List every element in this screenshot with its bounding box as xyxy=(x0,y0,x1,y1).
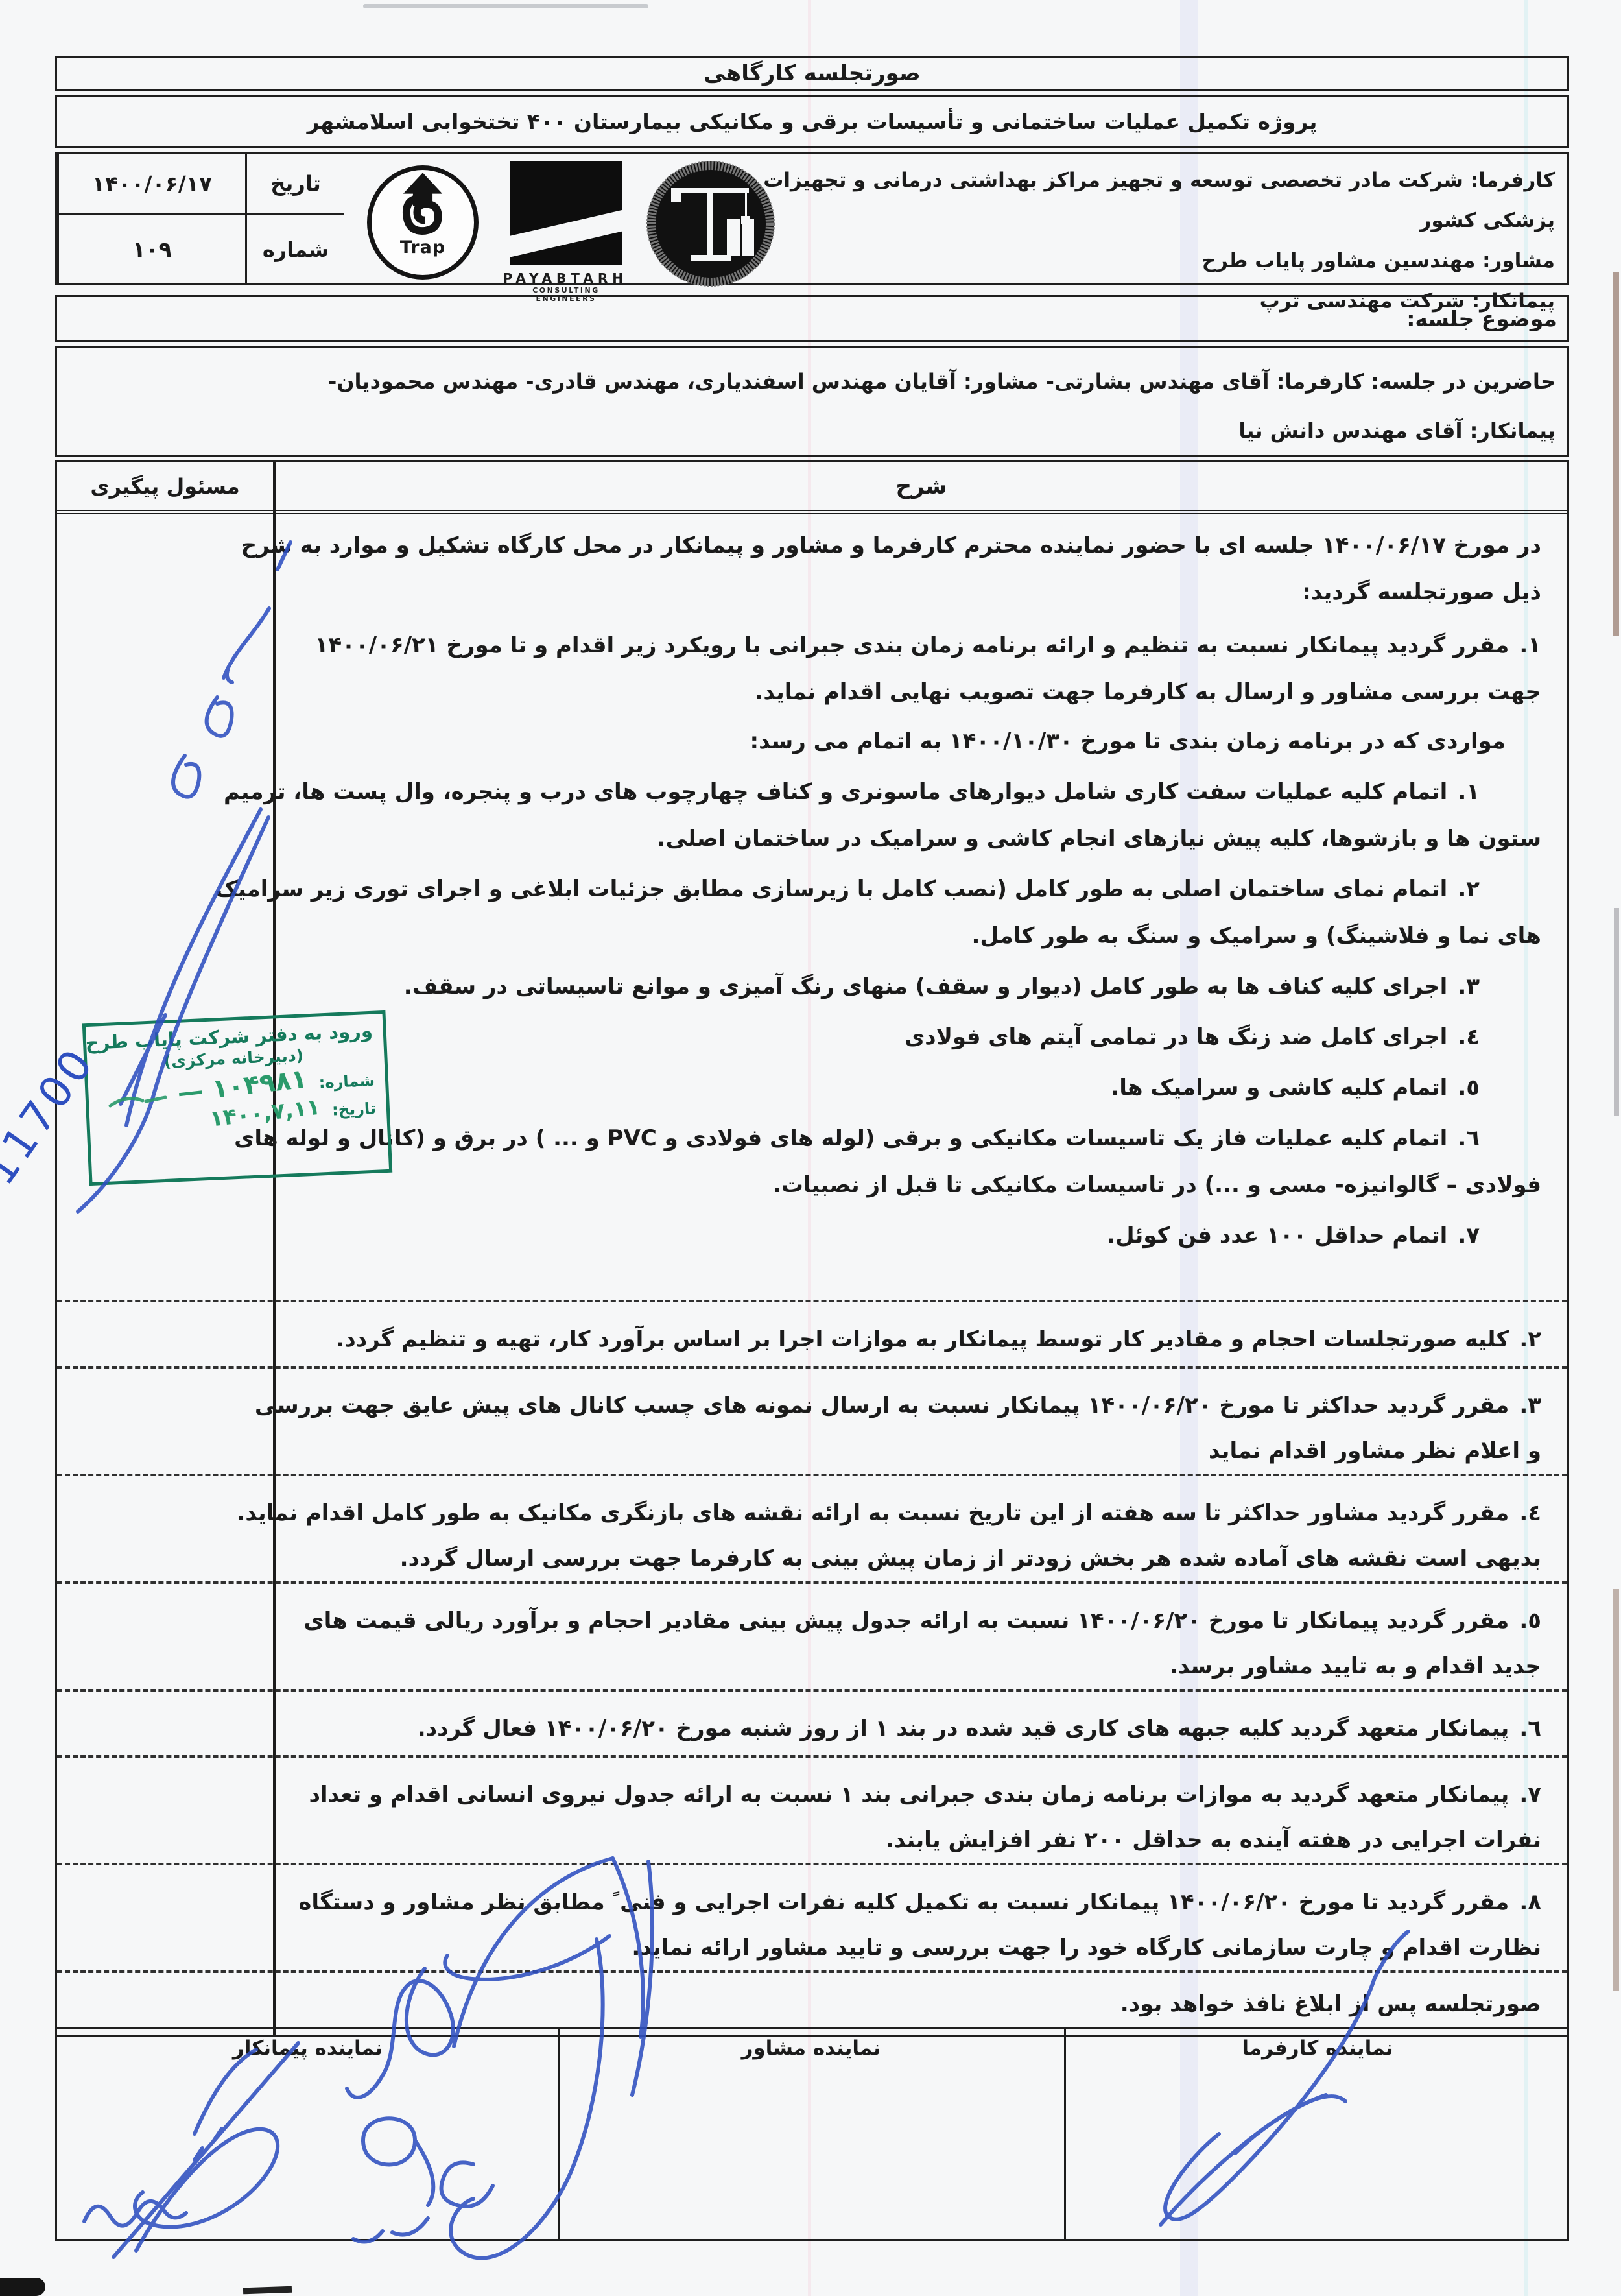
signature-divider xyxy=(1064,2029,1066,2239)
stamp-number-label: شماره: xyxy=(318,1071,375,1092)
item-number: ٤. xyxy=(1519,1500,1541,1526)
scan-artifact-dash xyxy=(243,2286,292,2295)
minutes-sub-item: ۳.اجرای کلیه کناف ها به طور کامل (دیوار … xyxy=(305,963,1541,1010)
minutes-items-container: در مورخ ۱۴۰۰/۰۶/۱۷ جلسه ای با حضور نماین… xyxy=(57,514,1567,1973)
date-label: تاریخ xyxy=(245,154,344,215)
minutes-item-row: ۸.مقرر گردید تا مورخ ۱۴۰۰/۰۶/۲۰ پیمانکار… xyxy=(57,1865,1567,1973)
item-number: ۱. xyxy=(1519,632,1541,658)
contractor-representative-label: نماینده پیمانکار xyxy=(57,2037,558,2060)
office-entry-stamp: ورود به دفتر شرکت پایاب طرح (دبیرخانه مر… xyxy=(82,1010,392,1186)
attendees-box: حاضرین در جلسه: کارفرما: آقای مهندس بشار… xyxy=(55,346,1569,457)
form-title: صورتجلسه کارگاهی xyxy=(704,60,921,86)
item-number: ۳. xyxy=(1458,974,1480,999)
minutes-item-note: مواردی که در برنامه زمان بندی تا مورخ ۱۴… xyxy=(305,718,1541,765)
item-number: ۸. xyxy=(1519,1889,1541,1915)
minutes-sub-item: ۲.اتمام نمای ساختمان اصلی به طور کامل (ن… xyxy=(305,866,1541,959)
number-value: ۱۰۹ xyxy=(57,215,245,283)
employer-representative-label: نماینده کارفرما xyxy=(1064,2037,1571,2060)
minutes-item-row: ٦.پیمانکار متعهد گردید کلیه جبهه های کار… xyxy=(57,1692,1567,1758)
item-number: ۲. xyxy=(1458,876,1480,902)
minutes-item: ۲.کلیه صورتجلسات احجام و مقادیر کار توسط… xyxy=(305,1317,1541,1362)
consultant-representative-label: نماینده مشاور xyxy=(558,2037,1064,2060)
consultant-line: مشاور: مهندسین مشاور پایاب طرح xyxy=(751,241,1555,281)
item-number: ٥. xyxy=(1519,1608,1541,1634)
scan-artifact-top-streak xyxy=(363,4,648,8)
item-number: ۳. xyxy=(1519,1393,1541,1418)
minutes-item: ٦.پیمانکار متعهد گردید کلیه جبهه های کار… xyxy=(305,1706,1541,1751)
number-label: شماره xyxy=(245,215,344,283)
minutes-item: ۳.مقرر گردید حداکثر تا مورخ ۱۴۰۰/۰۶/۲۰ پ… xyxy=(305,1383,1541,1474)
minutes-sub-item: ۷.اتمام حداقل ۱۰۰ عدد فن کوئل. xyxy=(305,1212,1541,1259)
minutes-sub-item: ٦.اتمام کلیه عملیات فاز یک تاسیسات مکانی… xyxy=(305,1115,1541,1208)
description-column-header: شرح xyxy=(276,462,1567,510)
scan-artifact-edge xyxy=(1614,908,1619,1116)
minutes-sub-item: ٤.اجرای کامل ضد زنگ ها در تمامی آیتم های… xyxy=(305,1014,1541,1060)
item-number: ۱. xyxy=(1458,779,1480,805)
signature-divider xyxy=(558,2029,560,2239)
minutes-item: ۸.مقرر گردید تا مورخ ۱۴۰۰/۰۶/۲۰ پیمانکار… xyxy=(305,1880,1541,1970)
item-number: ۷. xyxy=(1458,1223,1480,1249)
attendees-line1: حاضرین در جلسه: کارفرما: آقای مهندس بشار… xyxy=(77,357,1556,406)
stamp-date-label: تاریخ: xyxy=(332,1099,377,1119)
minutes-item-row: ۲.کلیه صورتجلسات احجام و مقادیر کار توسط… xyxy=(57,1302,1567,1369)
minutes-table: شرح مسئول پیگیری در مورخ ۱۴۰۰/۰۶/۱۷ جلسه… xyxy=(55,460,1569,2037)
minutes-item: ۱.مقرر گردید پیمانکار نسبت به تنظیم و ار… xyxy=(305,622,1541,715)
trap-logo-text: Trap xyxy=(400,237,445,257)
minutes-item-row: ۳.مقرر گردید حداکثر تا مورخ ۱۴۰۰/۰۶/۲۰ پ… xyxy=(57,1369,1567,1476)
minutes-item: ٤.مقرر گردید مشاور حداکثر تا سه هفته از … xyxy=(305,1490,1541,1581)
header-info-box: ۱۴۰۰/۰۶/۱۷ تاریخ ۱۰۹ شماره Trap PAYABTAR… xyxy=(55,152,1569,285)
signatures-table: نماینده پیمانکار نماینده مشاور نماینده ک… xyxy=(55,2027,1569,2241)
item-number: ٤. xyxy=(1458,1024,1480,1050)
payabtarh-logo-line1: PAYABTARH xyxy=(504,270,628,286)
meeting-subject-label: موضوع جلسه: xyxy=(1406,306,1567,331)
employer-line: کارفرما: شرکت مادر تخصصی توسعه و تجهیز م… xyxy=(751,160,1555,241)
item-number: ٦. xyxy=(1519,1716,1541,1741)
item-number: ۷. xyxy=(1519,1782,1541,1808)
closing-note: صورتجلسه پس از ابلاغ نافذ خواهد بود. xyxy=(305,1981,1541,2027)
scanned-meeting-minutes: صورتجلسه کارگاهی پروژه تکمیل عملیات ساخت… xyxy=(0,0,1621,2296)
minutes-item-row: در مورخ ۱۴۰۰/۰۶/۱۷ جلسه ای با حضور نماین… xyxy=(57,514,1567,1302)
minutes-sub-item: ٥.اتمام کلیه کاشی و سرامیک ها. xyxy=(305,1064,1541,1111)
meeting-subject-box: موضوع جلسه: xyxy=(55,295,1569,342)
minutes-item: ٥.مقرر گردید پیمانکار تا مورخ ۱۴۰۰/۰۶/۲۰… xyxy=(305,1598,1541,1689)
item-number: ٦. xyxy=(1458,1125,1480,1151)
closing-note-row: صورتجلسه پس از ابلاغ نافذ خواهد بود. xyxy=(57,1973,1567,2035)
attendees-line2: پیمانکار: آقای مهندس دانش نیا xyxy=(77,406,1556,455)
project-title: پروژه تکمیل عملیات ساختمانی و تأسیسات بر… xyxy=(307,109,1318,134)
trap-logo: Trap xyxy=(367,165,479,280)
minutes-item: ۷.پیمانکار متعهد گردید به موازات برنامه … xyxy=(305,1772,1541,1863)
minutes-table-header: شرح مسئول پیگیری xyxy=(57,462,1567,514)
project-title-box: پروژه تکمیل عملیات ساختمانی و تأسیسات بر… xyxy=(55,95,1569,148)
form-title-box: صورتجلسه کارگاهی xyxy=(55,56,1569,91)
minutes-item-row: ۷.پیمانکار متعهد گردید به موازات برنامه … xyxy=(57,1758,1567,1865)
payabtarh-logo-icon xyxy=(510,161,622,265)
scan-artifact-corner-blob xyxy=(0,2278,45,2296)
item-number: ۲. xyxy=(1519,1326,1541,1352)
follow-up-column-header: مسئول پیگیری xyxy=(57,462,273,510)
item-number: ٥. xyxy=(1458,1075,1480,1101)
trap-logo-icon xyxy=(388,170,458,243)
scan-artifact-edge xyxy=(1613,272,1619,636)
minutes-intro: در مورخ ۱۴۰۰/۰۶/۱۷ جلسه ای با حضور نماین… xyxy=(305,522,1541,616)
minutes-item-row: ٤.مقرر گردید مشاور حداکثر تا سه هفته از … xyxy=(57,1476,1567,1584)
date-value: ۱۴۰۰/۰۶/۱۷ xyxy=(57,154,245,215)
scan-artifact-edge xyxy=(1613,1589,1619,1991)
payabtarh-logo: PAYABTARH CONSULTING ENGINEERS xyxy=(504,161,628,303)
minutes-sub-item: ۱.اتمام کلیه عملیات سفت کاری شامل دیواره… xyxy=(305,769,1541,862)
minutes-item-row: ٥.مقرر گردید پیمانکار تا مورخ ۱۴۰۰/۰۶/۲۰… xyxy=(57,1584,1567,1692)
